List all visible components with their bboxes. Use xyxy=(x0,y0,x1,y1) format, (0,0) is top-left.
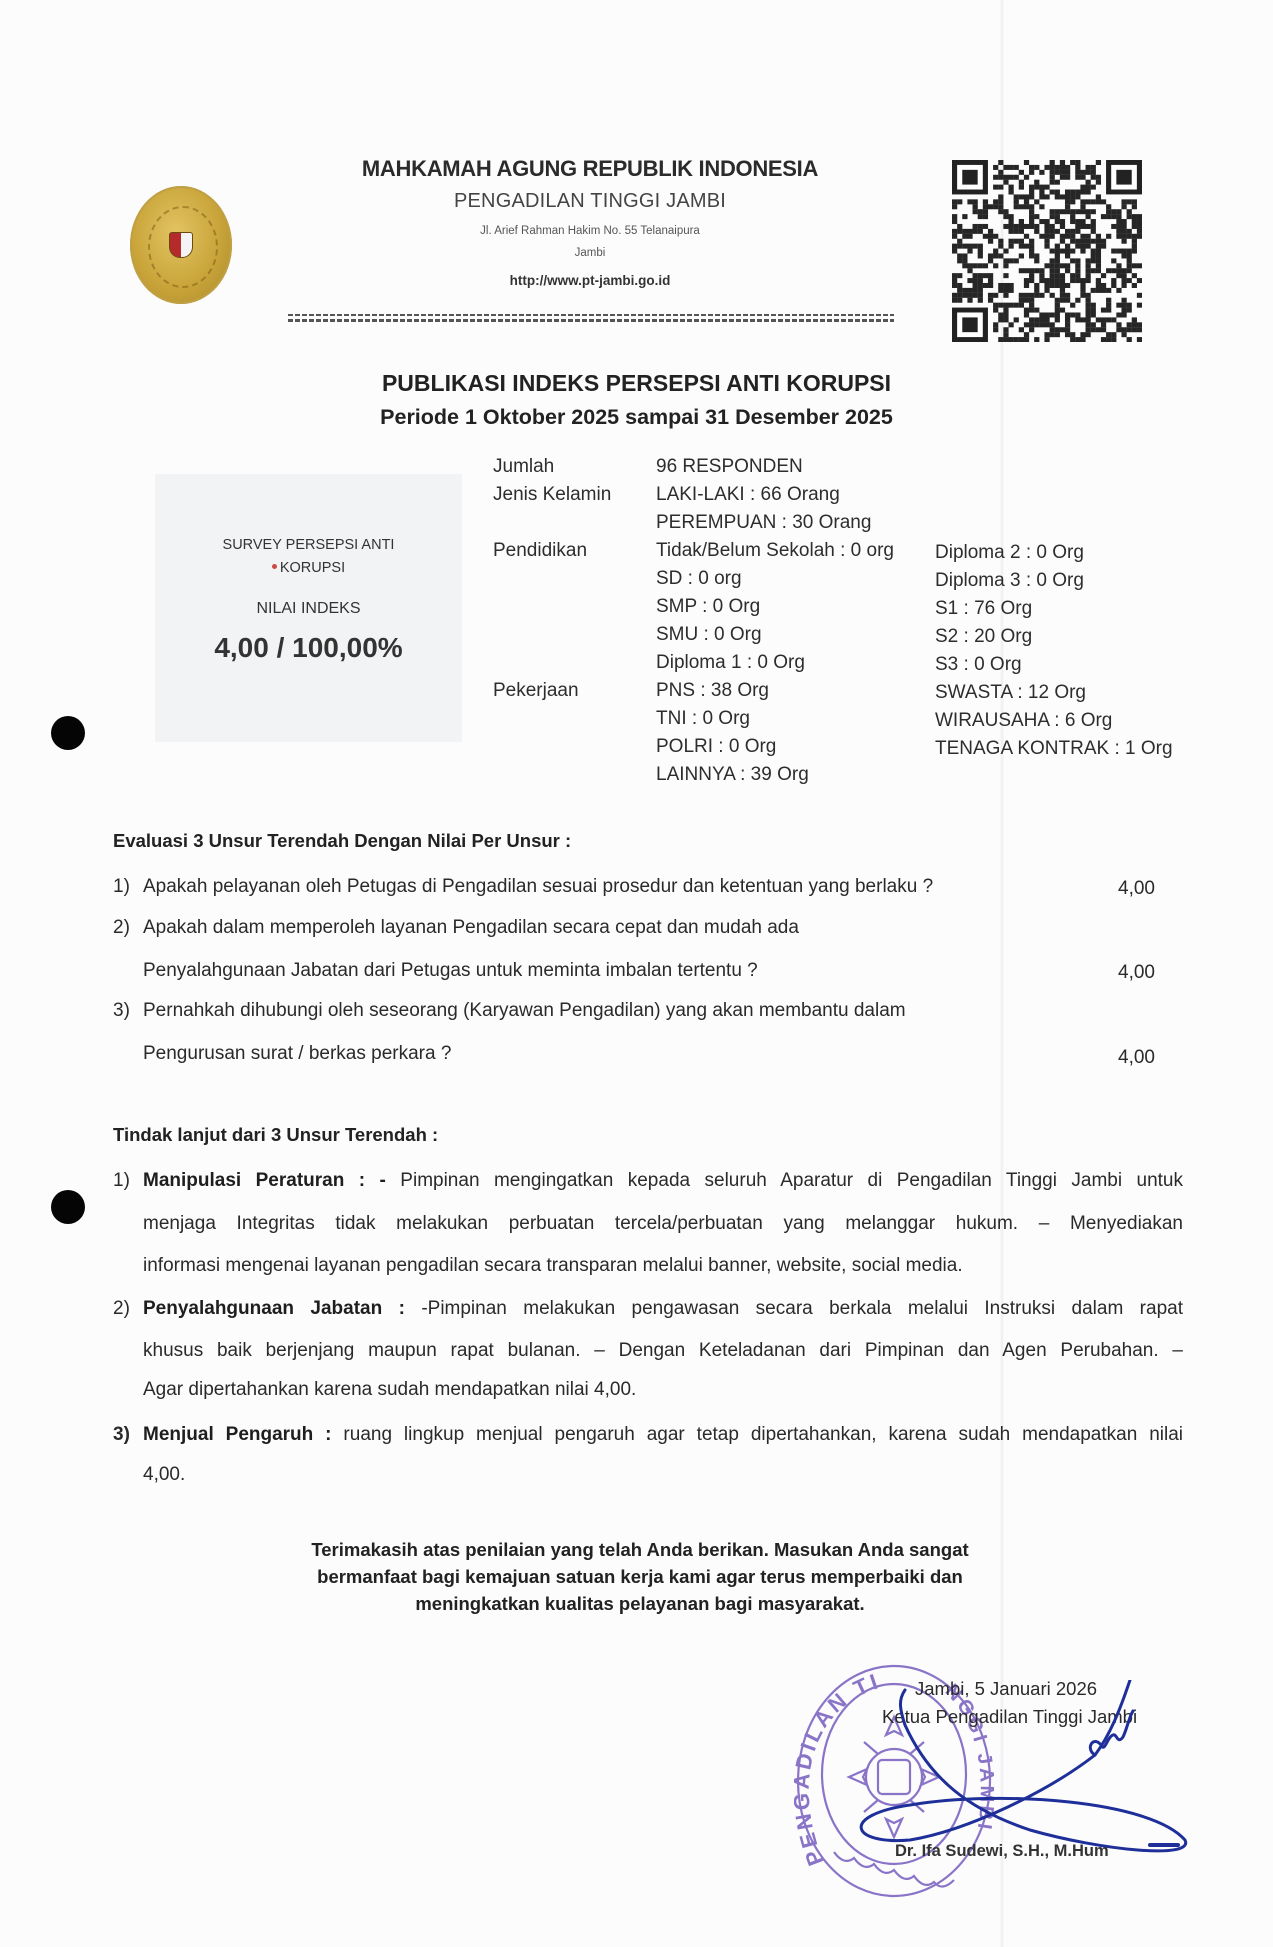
eval-item-number: 1) xyxy=(113,876,130,898)
job-item: TENAGA KONTRAK : 1 Org xyxy=(935,738,1173,760)
survey-label-line1: SURVEY PERSEPSI ANTI xyxy=(155,537,462,553)
follow-up-number: 2) xyxy=(113,1298,130,1320)
gender-male: LAKI-LAKI : 66 Orang xyxy=(656,484,840,506)
index-label: NILAI INDEKS xyxy=(155,600,462,618)
thank-you-note: Terimakasih atas penilaian yang telah An… xyxy=(250,1536,1030,1617)
education-item: Tidak/Belum Sekolah : 0 org xyxy=(656,540,894,562)
job-label: Pekerjaan xyxy=(493,680,579,702)
gender-female: PEREMPUAN : 30 Orang xyxy=(656,512,871,534)
jumlah-label: Jumlah xyxy=(493,456,554,478)
education-item: SD : 0 org xyxy=(656,568,742,590)
job-item: WIRAUSAHA : 6 Org xyxy=(935,710,1112,732)
eval-item-number: 3) xyxy=(113,1000,130,1022)
follow-up-text: menjaga Integritas tidak melakukan perbu… xyxy=(143,1213,1183,1235)
follow-up-item: 3) Menjual Pengaruh : ruang lingkup menj… xyxy=(113,1424,1183,1504)
education-item: Diploma 2 : 0 Org xyxy=(935,542,1084,564)
education-item: SMU : 0 Org xyxy=(656,624,762,646)
evaluation-heading: Evaluasi 3 Unsur Terendah Dengan Nilai P… xyxy=(113,830,571,852)
page-title: PUBLIKASI INDEKS PERSEPSI ANTI KORUPSI xyxy=(0,370,1273,397)
period-subtitle: Periode 1 Oktober 2025 sampai 31 Desembe… xyxy=(0,405,1273,430)
job-item: SWASTA : 12 Org xyxy=(935,682,1086,704)
education-item: SMP : 0 Org xyxy=(656,596,760,618)
index-score-card: SURVEY PERSEPSI ANTI KORUPSI NILAI INDEK… xyxy=(155,474,462,742)
follow-up-number: 3) xyxy=(113,1424,130,1446)
punch-hole-icon xyxy=(51,716,85,750)
eval-item-number: 2) xyxy=(113,917,130,939)
eval-item-text: Apakah pelayanan oleh Petugas di Pengadi… xyxy=(143,876,933,898)
job-item: PNS : 38 Org xyxy=(656,680,769,702)
eval-item-score: 4,00 xyxy=(1118,1047,1155,1069)
eval-item-text: Penyalahgunaan Jabatan dari Petugas untu… xyxy=(143,960,758,982)
eval-item-text: Pengurusan surat / berkas perkara ? xyxy=(143,1043,451,1065)
eval-item-text: Pernahkah dihubungi oleh seseorang (Kary… xyxy=(143,1000,906,1022)
header-divider xyxy=(288,314,894,322)
follow-up-text: Agar dipertahankan karena sudah mendapat… xyxy=(143,1379,1183,1401)
eval-item-score: 4,00 xyxy=(1118,962,1155,984)
follow-up-item: 1) Manipulasi Peraturan : - Pimpinan men… xyxy=(113,1170,1183,1300)
jumlah-value: 96 RESPONDEN xyxy=(656,456,803,478)
follow-up-heading: Tindak lanjut dari 3 Unsur Terendah : xyxy=(113,1124,438,1146)
signatory-name: Dr. Ifa Sudewi, S.H., M.Hum xyxy=(895,1842,1109,1861)
address-line-1: Jl. Arief Rahman Hakim No. 55 Telanaipur… xyxy=(290,225,890,237)
website-link[interactable]: http://www.pt-jambi.go.id xyxy=(290,273,890,288)
education-item: S2 : 20 Org xyxy=(935,626,1032,648)
follow-up-text: khusus baik berjenjang maupun rapat bula… xyxy=(143,1340,1183,1362)
follow-up-title: Manipulasi Peraturan : - xyxy=(143,1170,386,1191)
survey-label-line2: KORUPSI xyxy=(155,560,462,576)
institution-name: MAHKAMAH AGUNG REPUBLIK INDONESIA xyxy=(290,156,890,182)
follow-up-title: Menjual Pengaruh : xyxy=(143,1424,332,1445)
follow-up-title: Penyalahgunaan Jabatan : xyxy=(143,1298,405,1319)
eval-item-text: Apakah dalam memperoleh layanan Pengadil… xyxy=(143,917,799,939)
education-item: Diploma 3 : 0 Org xyxy=(935,570,1084,592)
education-item: Diploma 1 : 0 Org xyxy=(656,652,805,674)
follow-up-number: 1) xyxy=(113,1170,130,1192)
job-item: POLRI : 0 Org xyxy=(656,736,776,758)
education-label: Pendidikan xyxy=(493,540,587,562)
education-item: S1 : 76 Org xyxy=(935,598,1032,620)
job-item: TNI : 0 Org xyxy=(656,708,750,730)
follow-up-text: 4,00. xyxy=(143,1464,1183,1486)
court-emblem-icon xyxy=(130,186,232,304)
bullet-icon xyxy=(272,564,277,569)
court-name: PENGADILAN TINGGI JAMBI xyxy=(290,190,890,213)
follow-up-text: informasi mengenai layanan pengadilan se… xyxy=(143,1255,1183,1277)
gender-label: Jenis Kelamin xyxy=(493,484,611,506)
address-line-2: Jambi xyxy=(290,247,890,259)
qr-code-icon xyxy=(952,160,1142,342)
follow-up-item: 2) Penyalahgunaan Jabatan : -Pimpinan me… xyxy=(113,1298,1183,1428)
eval-item-score: 4,00 xyxy=(1118,878,1155,900)
job-item: LAINNYA : 39 Org xyxy=(656,764,809,786)
education-item: S3 : 0 Org xyxy=(935,654,1022,676)
punch-hole-icon xyxy=(51,1190,85,1224)
index-value: 4,00 / 100,00% xyxy=(155,632,462,664)
